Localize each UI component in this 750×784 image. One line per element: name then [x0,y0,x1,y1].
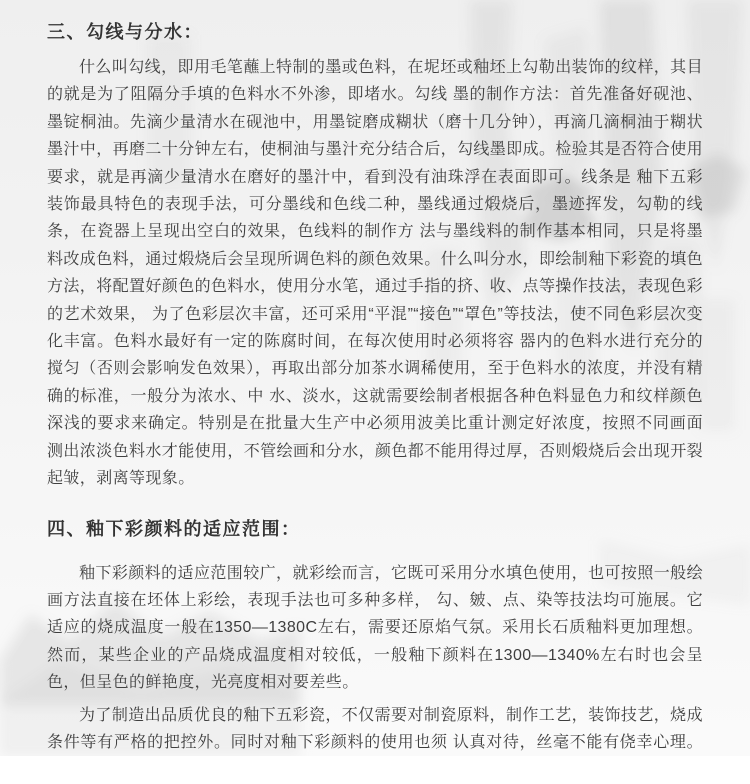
section-heading: 三、勾线与分水： [47,20,703,44]
document-page: 三、勾线与分水： 什么叫勾线，即用毛笔蘸上特制的墨或色料，在坭坯或釉坯上勾勒出装… [0,0,750,784]
section-heading: 四、釉下彩颜料的适应范围： [47,517,703,541]
article-body: 三、勾线与分水： 什么叫勾线，即用毛笔蘸上特制的墨或色料，在坭坯或釉坯上勾勒出装… [0,0,750,784]
section-yanliao-shiying-fanwei: 四、釉下彩颜料的适应范围： 釉下彩颜料的适应范围较广，就彩绘而言，它既可采用分水… [47,517,703,784]
section-gouxian-fenshui: 三、勾线与分水： 什么叫勾线，即用毛笔蘸上特制的墨或色料，在坭坯或釉坯上勾勒出装… [47,20,703,493]
section-paragraph: 什么叫勾线，即用毛笔蘸上特制的墨或色料，在坭坯或釉坯上勾勒出装饰的纹样，其目的就… [47,54,703,493]
section-paragraph: 釉下彩颜料的适应范围较广，就彩绘而言，它既可采用分水填色使用，也可按照一般绘画方… [47,560,703,697]
page-bottom-whitespace [0,756,750,784]
content-background: 三、勾线与分水： 什么叫勾线，即用毛笔蘸上特制的墨或色料，在坭坯或釉坯上勾勒出装… [0,0,750,756]
